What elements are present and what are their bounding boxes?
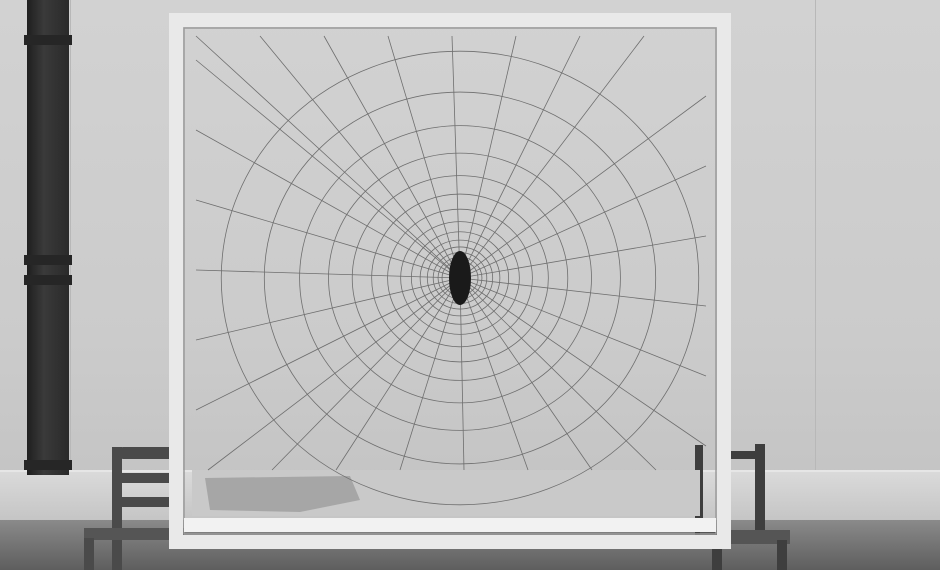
photo-scene	[0, 0, 940, 570]
chair-right	[695, 444, 790, 570]
web-artwork	[0, 0, 940, 570]
central-cocoon	[449, 251, 471, 305]
